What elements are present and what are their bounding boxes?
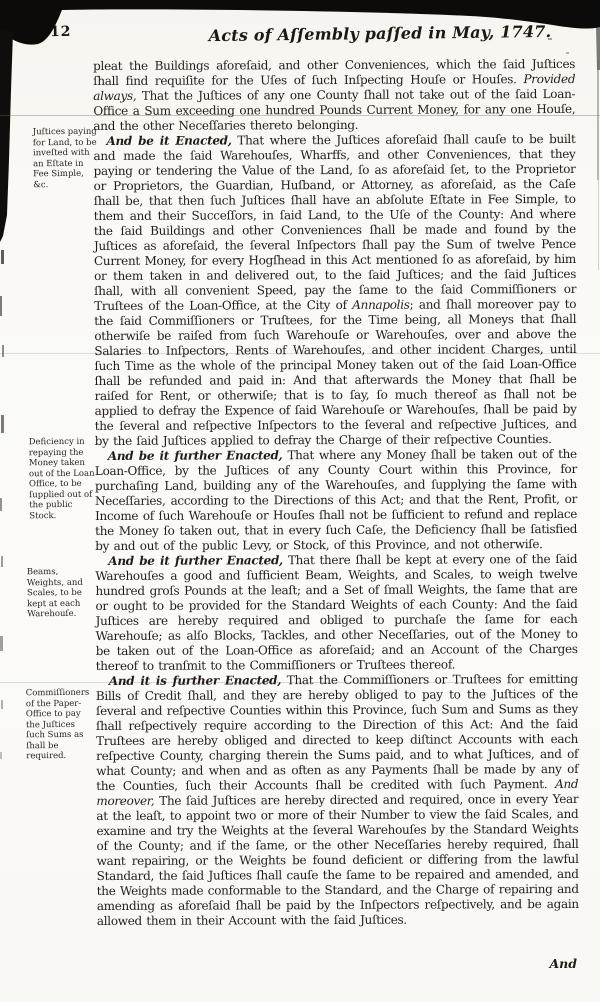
paragraph-continuation: pleat the Buildings aforeſaid, and other… [93,57,575,134]
page-number: 12 [50,24,72,40]
body-text-column: pleat the Buildings aforeſaid, and other… [93,57,579,929]
paragraph-enacted-commissioners: And it is further Enacted, That the Comm… [96,672,579,929]
margin-note-beams-weights-scales: Beams, Weights, and Scales, to be kept a… [27,567,91,620]
paragraph-enacted-deficiency: And be it further Enacted, That where an… [95,447,577,554]
catchword: And [95,956,577,971]
margin-note-paper-office-commissioners: Commiſſioners of the Paper-Office to pay… [26,688,97,762]
paragraph-enacted-warehouses: And be it Enacted, That where the Juſtic… [93,132,576,449]
margin-note-justices-fee-simple: Juſtices paying for Land, to be inveſted… [33,127,98,191]
margin-note-deficiency-public-stock: Deficiency in repaying the Money taken o… [29,437,98,522]
paragraph-enacted-beams-scales: And be it further Enacted, That there ſh… [95,552,578,674]
